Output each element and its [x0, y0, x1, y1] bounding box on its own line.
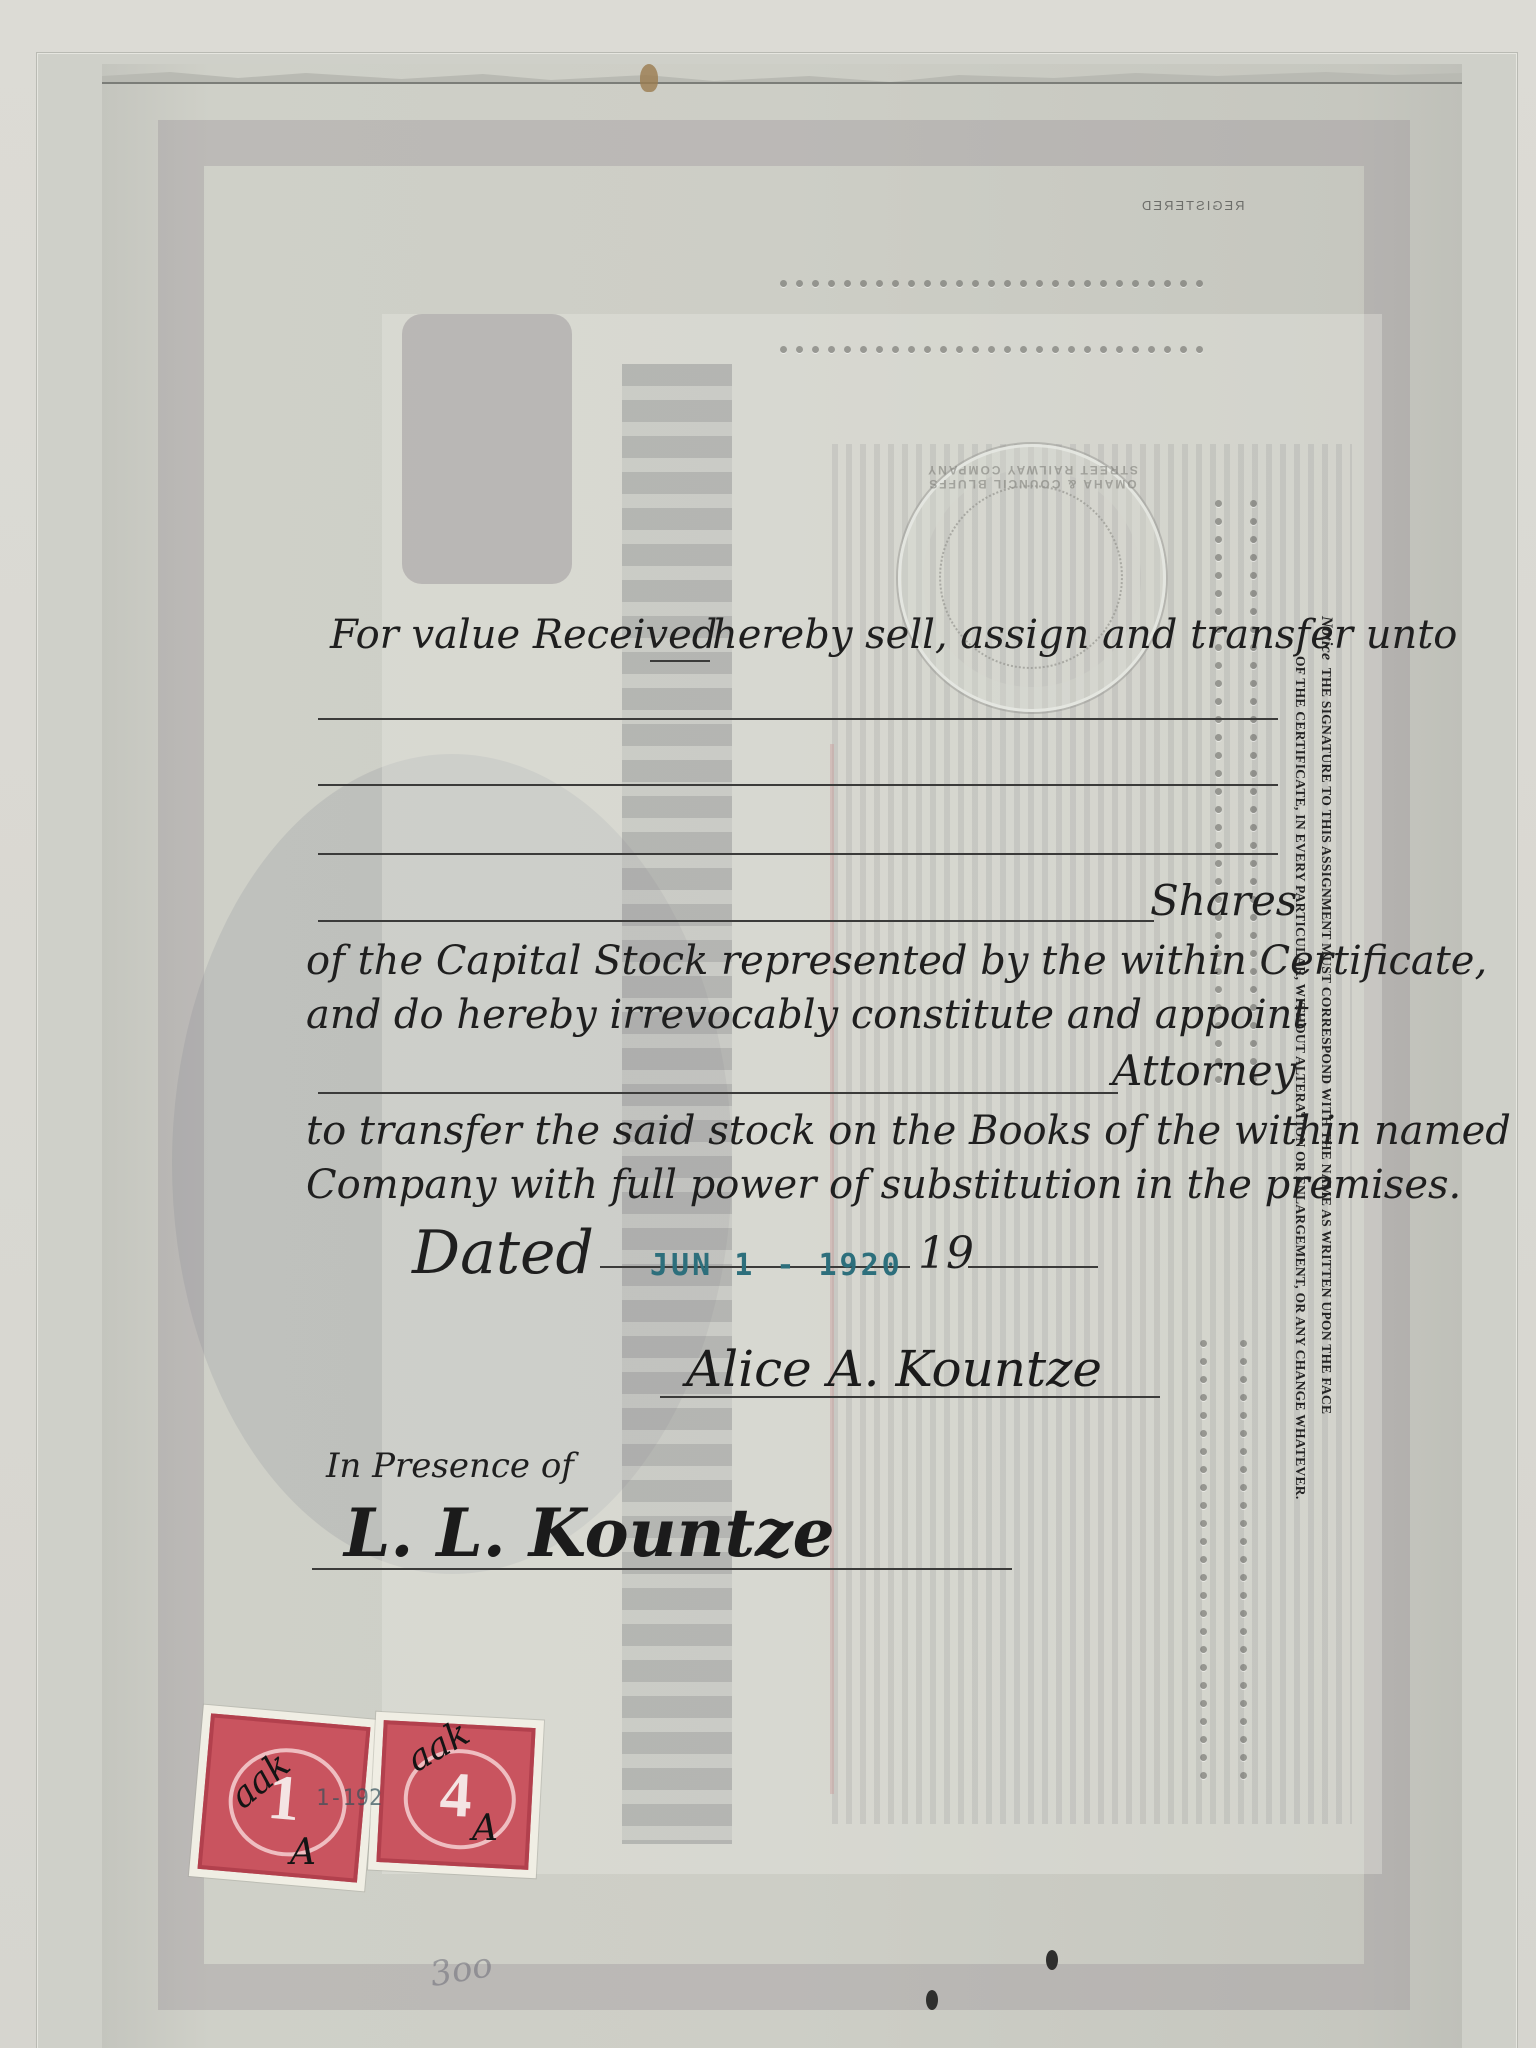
year-prefix: 19 — [918, 1228, 974, 1279]
date-stamp: JUN 1 - 1920 — [650, 1248, 903, 1283]
assignor-short-line — [650, 660, 710, 662]
stamp-1-cancel-initial-2: A — [290, 1832, 316, 1873]
notice-line-1: THE SIGNATURE TO THIS ASSIGNMENT MUST CO… — [1319, 668, 1334, 1415]
shares-word: Shares — [1150, 876, 1297, 925]
year-line — [968, 1266, 1098, 1268]
dated-label: Dated — [412, 1218, 594, 1288]
stamp-2-cancel-initial-2: A — [472, 1808, 498, 1849]
shares-amount-line — [318, 920, 1154, 922]
stamp-date-cancel: 1-192 — [316, 1786, 382, 1811]
sell-assign-transfer: hereby sell, assign and transfer unto — [712, 612, 1457, 658]
signature-notice: Notice THE SIGNATURE TO THIS ASSIGNMENT … — [1279, 616, 1339, 1576]
notice-label: Notice — [1318, 616, 1335, 660]
attorney-name-line — [318, 1092, 1118, 1094]
notice-line-2: OF THE CERTIFICATE, IN EVERY PARTICULAR,… — [1287, 616, 1313, 1576]
assignor-signature: Alice A. Kountze — [686, 1340, 1102, 1398]
punch-hole-2 — [926, 1990, 938, 2010]
for-value-received: For value Received — [330, 612, 717, 658]
stamp-value: 4 — [438, 1757, 474, 1833]
attorney-word: Attorney — [1112, 1046, 1296, 1095]
in-presence-of-label: In Presence of — [326, 1446, 574, 1486]
punch-hole-1 — [1046, 1950, 1058, 1970]
witness-signature: L. L. Kountze — [344, 1494, 835, 1572]
assignee-line-3 — [318, 853, 1278, 855]
assignee-line-2 — [318, 784, 1278, 786]
irrevocably-appoint-line: and do hereby irrevocably constitute and… — [306, 992, 1308, 1038]
assignee-line-1 — [318, 718, 1278, 720]
